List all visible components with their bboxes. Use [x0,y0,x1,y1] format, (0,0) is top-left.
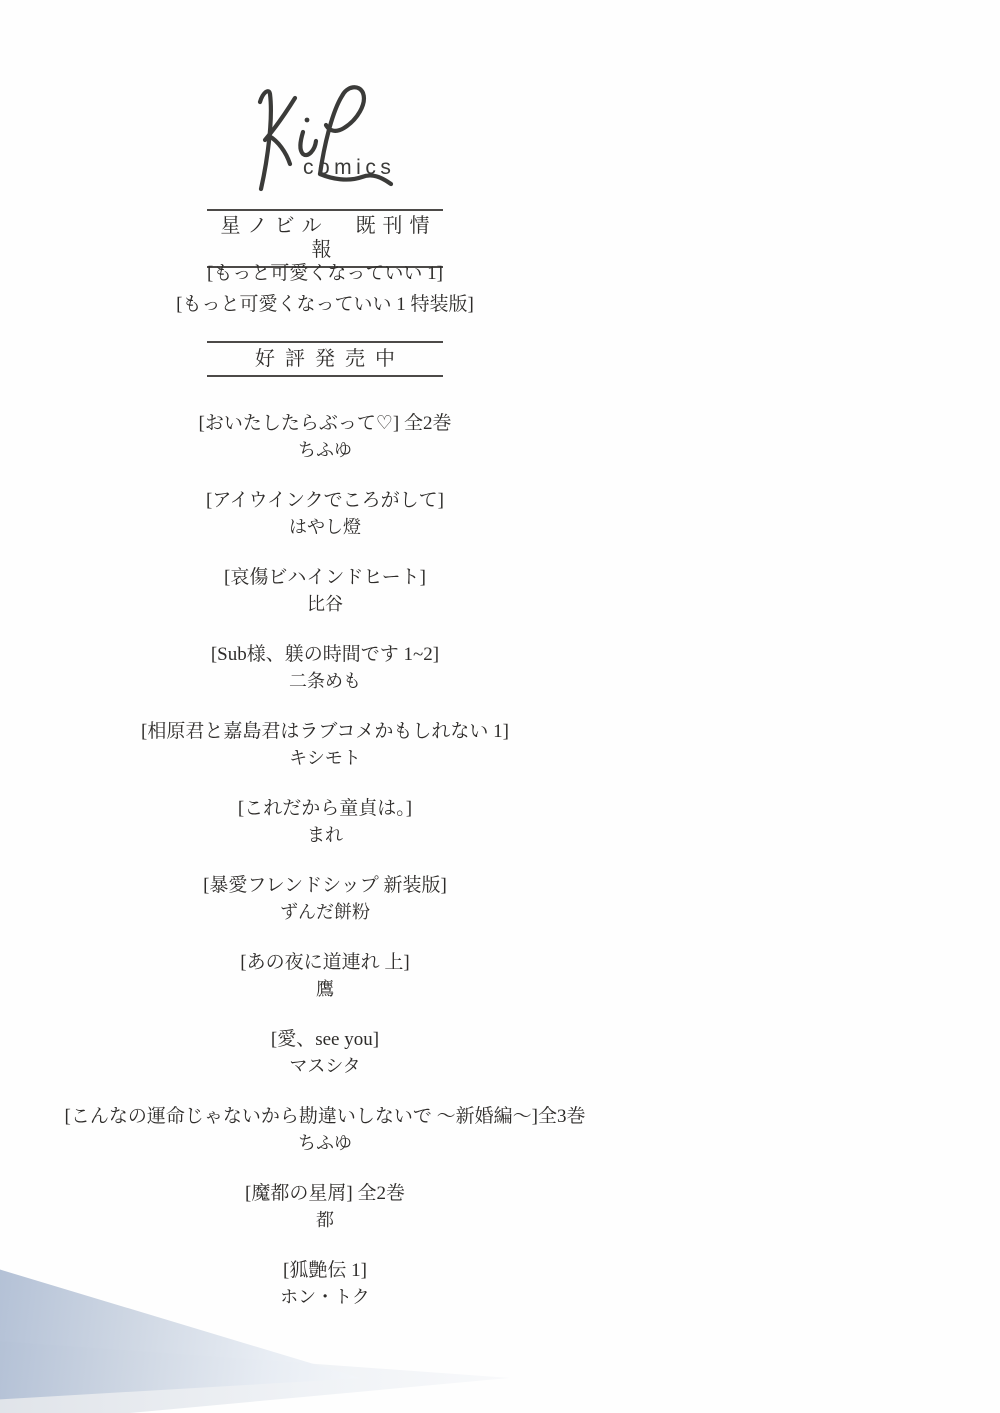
catalog-entry: [Sub様、躾の時間です 1~2] 二条めも [0,642,650,719]
book-author: ちふゆ [0,436,650,465]
book-author: キシモト [0,744,650,773]
book-author: ホン・トク [0,1283,650,1312]
book-title: [相原君と嘉島君はラブコメかもしれない 1] [0,719,650,744]
catalog-entry: [相原君と嘉島君はラブコメかもしれない 1] キシモト [0,719,650,796]
catalog-entry: [哀傷ビハインドヒート] 比谷 [0,565,650,642]
catalog-entry: [これだから童貞は。] まれ [0,796,650,873]
catalog-entry: [おいたしたらぶって♡] 全2巻 ちふゆ [0,411,650,488]
catalog-entry: [アイウインクでころがして] はやし燈 [0,488,650,565]
catalog-entry: [こんなの運命じゃないから勘違いしないで ～新婚編～]全3巻 ちふゆ [0,1104,650,1181]
catalog-entry: [愛、see you] マスシタ [0,1027,650,1104]
book-title: [愛、see you] [0,1027,650,1052]
book-author: まれ [0,821,650,850]
book-title: [アイウインクでころがして] [0,488,650,513]
book-author: 比谷 [0,590,650,619]
catalog-entry: [狐艶伝 1] ホン・トク [0,1258,650,1335]
book-author: はやし燈 [0,513,650,542]
book-line: [もっと可愛くなっていい 1 特装版] [0,289,650,320]
book-author: ずんだ餅粉 [0,898,650,927]
book-author: 都 [0,1206,650,1235]
book-title: [これだから童貞は。] [0,796,650,821]
book-author: 鷹 [0,975,650,1004]
book-author: 二条めも [0,667,650,696]
on-sale-banner: 好評発売中 [207,341,443,377]
book-title: [魔都の星屑] 全2巻 [0,1181,650,1206]
series-header-label: 星ノビル 既刊情報 [214,215,437,261]
book-title: [おいたしたらぶって♡] 全2巻 [0,411,650,436]
on-sale-label: 好評発売中 [245,348,405,370]
book-author: マスシタ [0,1052,650,1081]
catalog-entry: [暴愛フレンドシップ 新装版] ずんだ餅粉 [0,873,650,950]
book-title: [狐艶伝 1] [0,1258,650,1283]
book-author: ちふゆ [0,1129,650,1158]
new-release-titles: [もっと可愛くなっていい 1] [もっと可愛くなっていい 1 特装版] [0,258,650,320]
book-line: [もっと可愛くなっていい 1] [0,258,650,289]
catalog-entry: [魔都の星屑] 全2巻 都 [0,1181,650,1258]
catalog-list: [おいたしたらぶって♡] 全2巻 ちふゆ [アイウインクでころがして] はやし燈… [0,411,650,1335]
book-title: [Sub様、躾の時間です 1~2] [0,642,650,667]
book-title: [暴愛フレンドシップ 新装版] [0,873,650,898]
book-title: [哀傷ビハインドヒート] [0,565,650,590]
publication-info-page: comics 星ノビル 既刊情報 [もっと可愛くなっていい 1] [もっと可愛く… [0,0,1000,1413]
book-title: [あの夜に道連れ 上] [0,950,650,975]
book-title: [こんなの運命じゃないから勘違いしないで ～新婚編～]全3巻 [0,1104,650,1129]
content-column: 星ノビル 既刊情報 [もっと可愛くなっていい 1] [もっと可愛くなっていい 1… [0,0,650,1413]
catalog-entry: [あの夜に道連れ 上] 鷹 [0,950,650,1027]
